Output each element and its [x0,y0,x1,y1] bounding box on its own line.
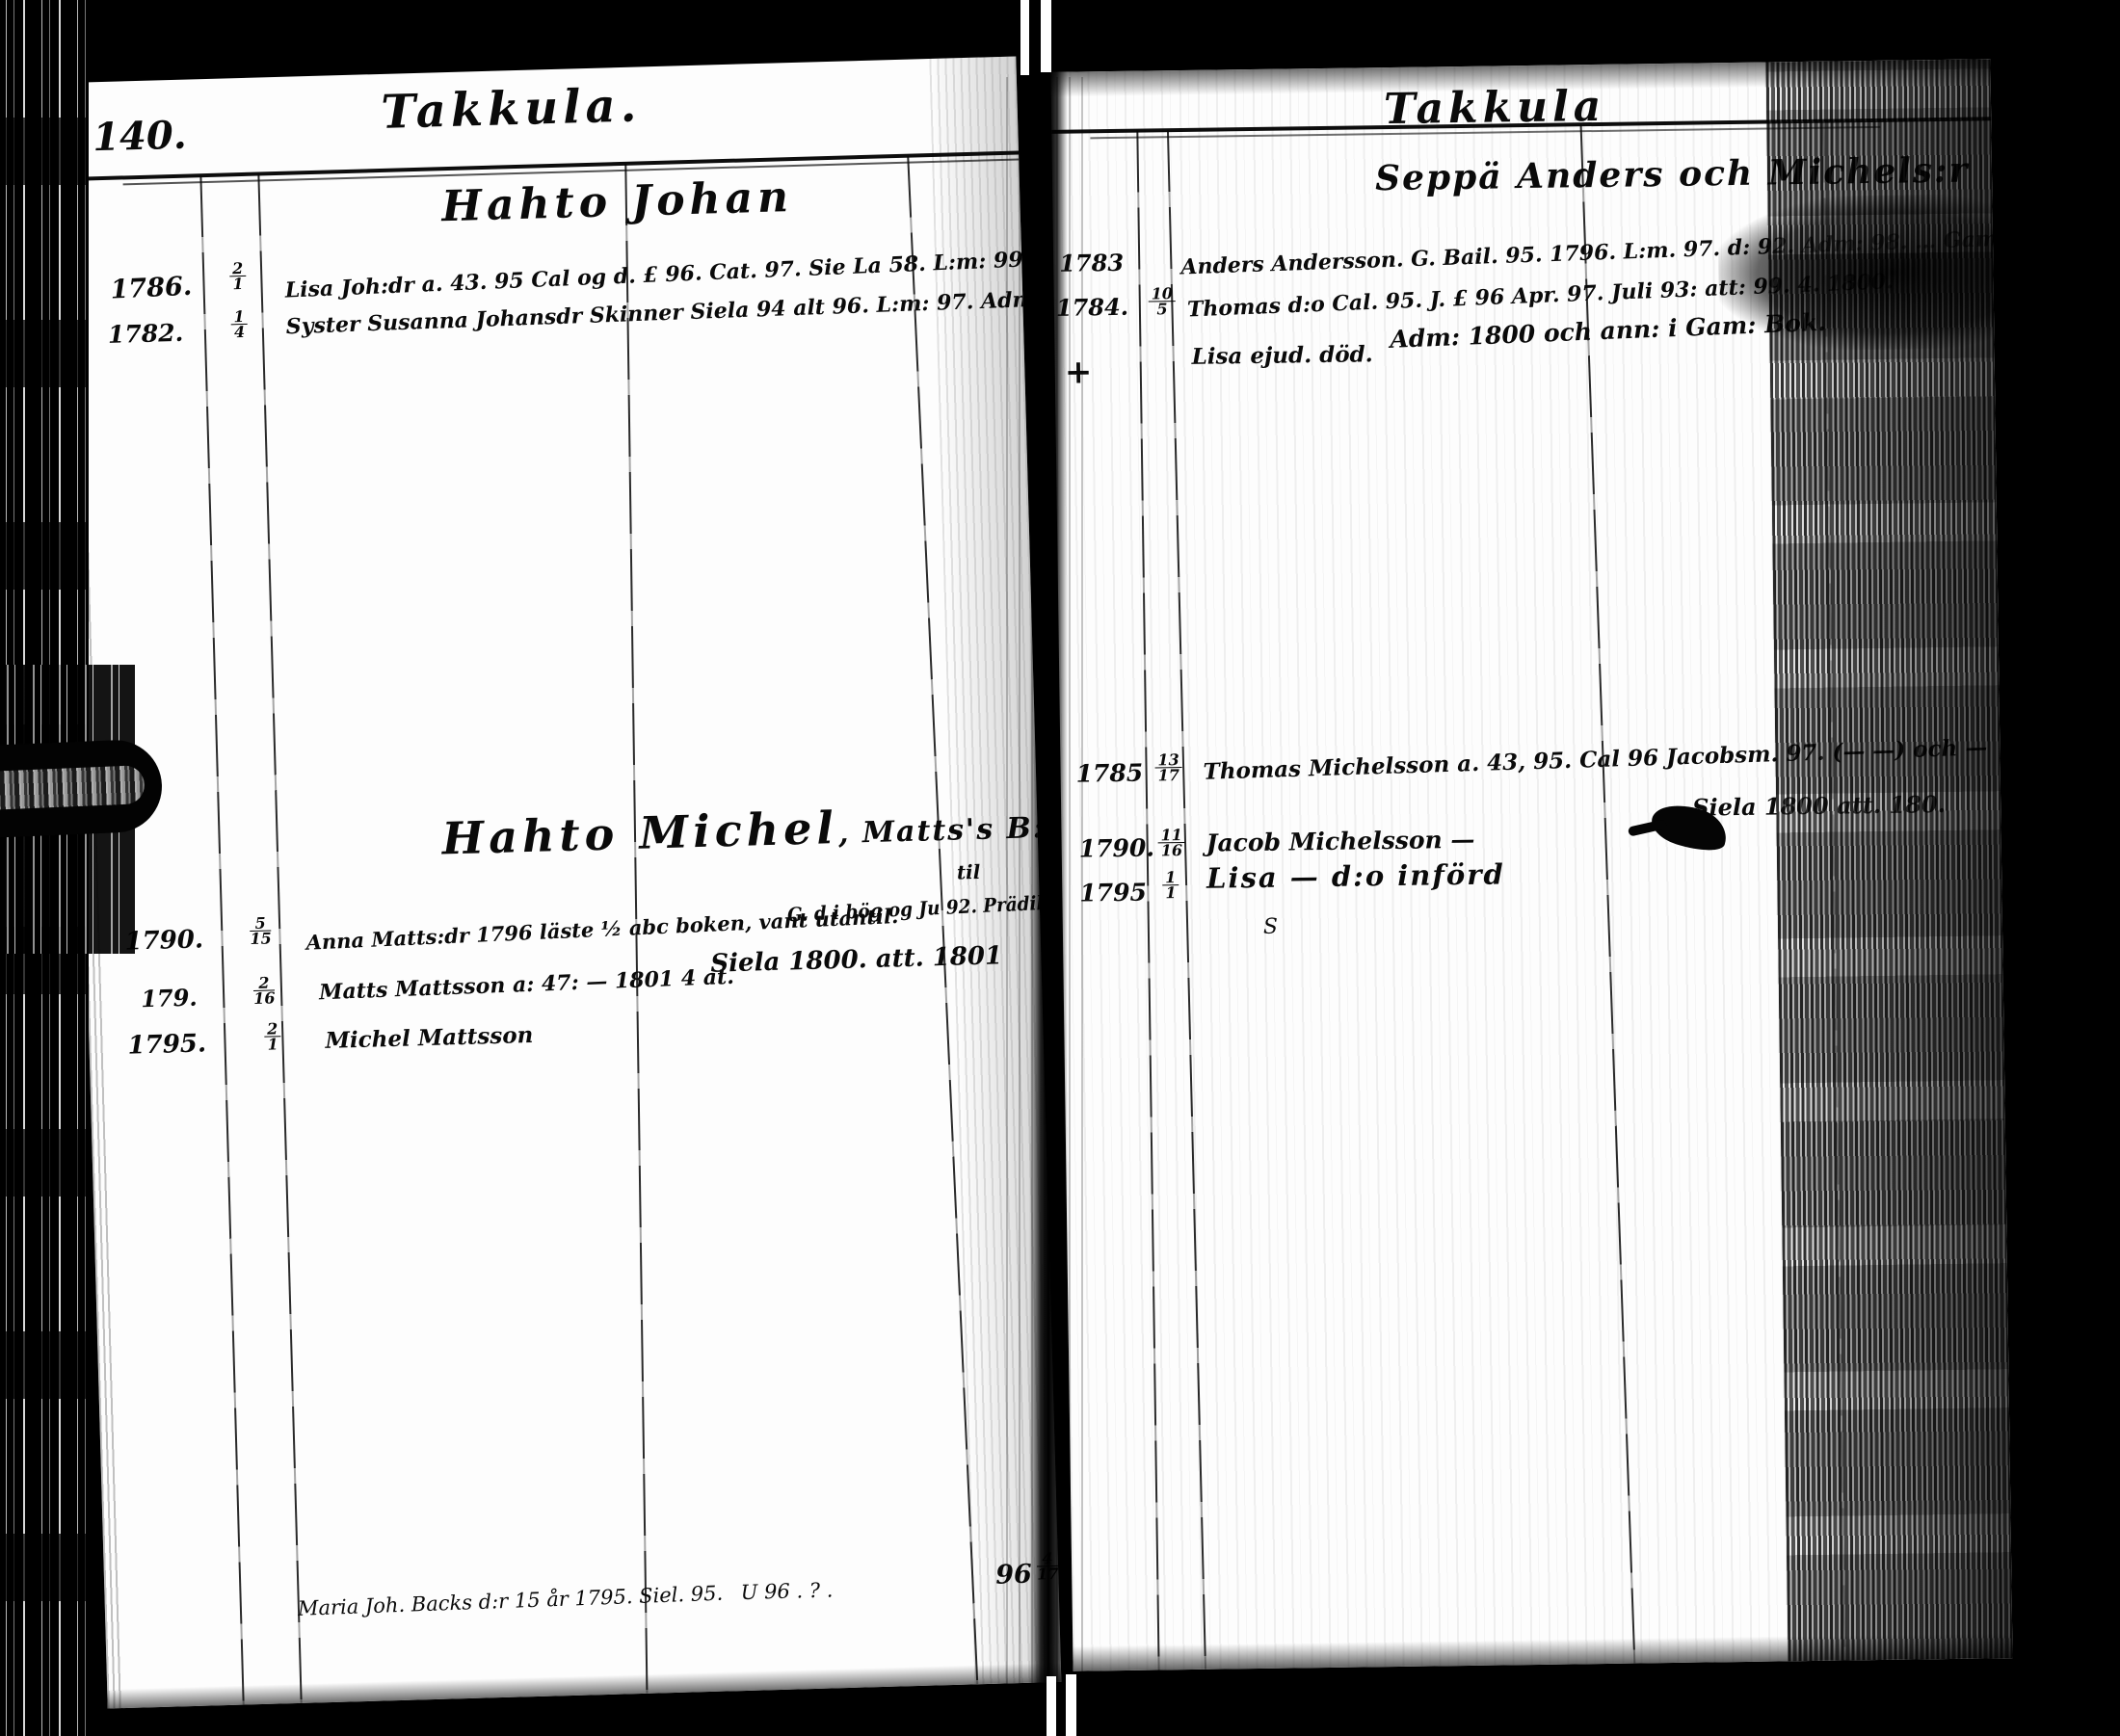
section-title-johan: Hahto Johan [441,172,794,231]
entry-row-year: 1795. [127,1029,206,1060]
scan-streak-band [1765,59,2012,1661]
page-clamp [0,738,164,837]
date-fraction: 2 16 [253,975,276,1006]
book-gutter [1029,0,1068,1736]
header-rule [65,150,1019,181]
page-heading-left: Takkula. [381,78,642,140]
fraction-denominator: 15 [250,931,272,946]
date-fraction: 1 4 [230,309,248,339]
fraction-denominator: 4 [231,325,249,339]
date-fraction: 5 15 [250,915,272,946]
entry-row-year: 1786. [110,272,193,305]
scan-noise-fringe [107,1663,1061,1709]
entry-text: Michel Mattsson [325,1022,534,1054]
gutter-highlight [1020,0,1029,75]
right-page: Takkula Seppä Anders och Michels:r 1783 … [1050,59,2012,1670]
gutter-highlight [1066,1674,1076,1736]
fraction-denominator: 16 [253,990,276,1006]
left-page: 140. Takkula. Hahto Johan 1786. 2 1 Lisa… [63,57,1062,1709]
entry-row-year: 1790. [124,925,203,956]
bottom-note-part1: Maria Joh. Backs d:r 15 år 1795. Siel. 9… [298,1582,724,1620]
bottom-note-part2: U 96 . ? . [740,1578,833,1604]
entry-row-year: 179. [141,984,198,1013]
date-fraction: 2 1 [264,1021,281,1051]
entry-row-year: 1782. [108,319,184,349]
fraction-denominator: 1 [229,276,247,291]
gutter-highlight [1047,1676,1056,1736]
page-number: 140. [93,113,188,161]
date-fraction: 2 1 [229,261,247,291]
fraction-denominator: 1 [264,1037,281,1051]
column-rule [199,175,244,1704]
gutter-highlight [1041,0,1051,72]
entry-text: Matts Mattsson a: 47: — 1801 4 at. [319,964,735,1006]
section-title-michel-main: Hahto Michel [441,802,839,864]
page-clamp-stripe [0,765,146,810]
